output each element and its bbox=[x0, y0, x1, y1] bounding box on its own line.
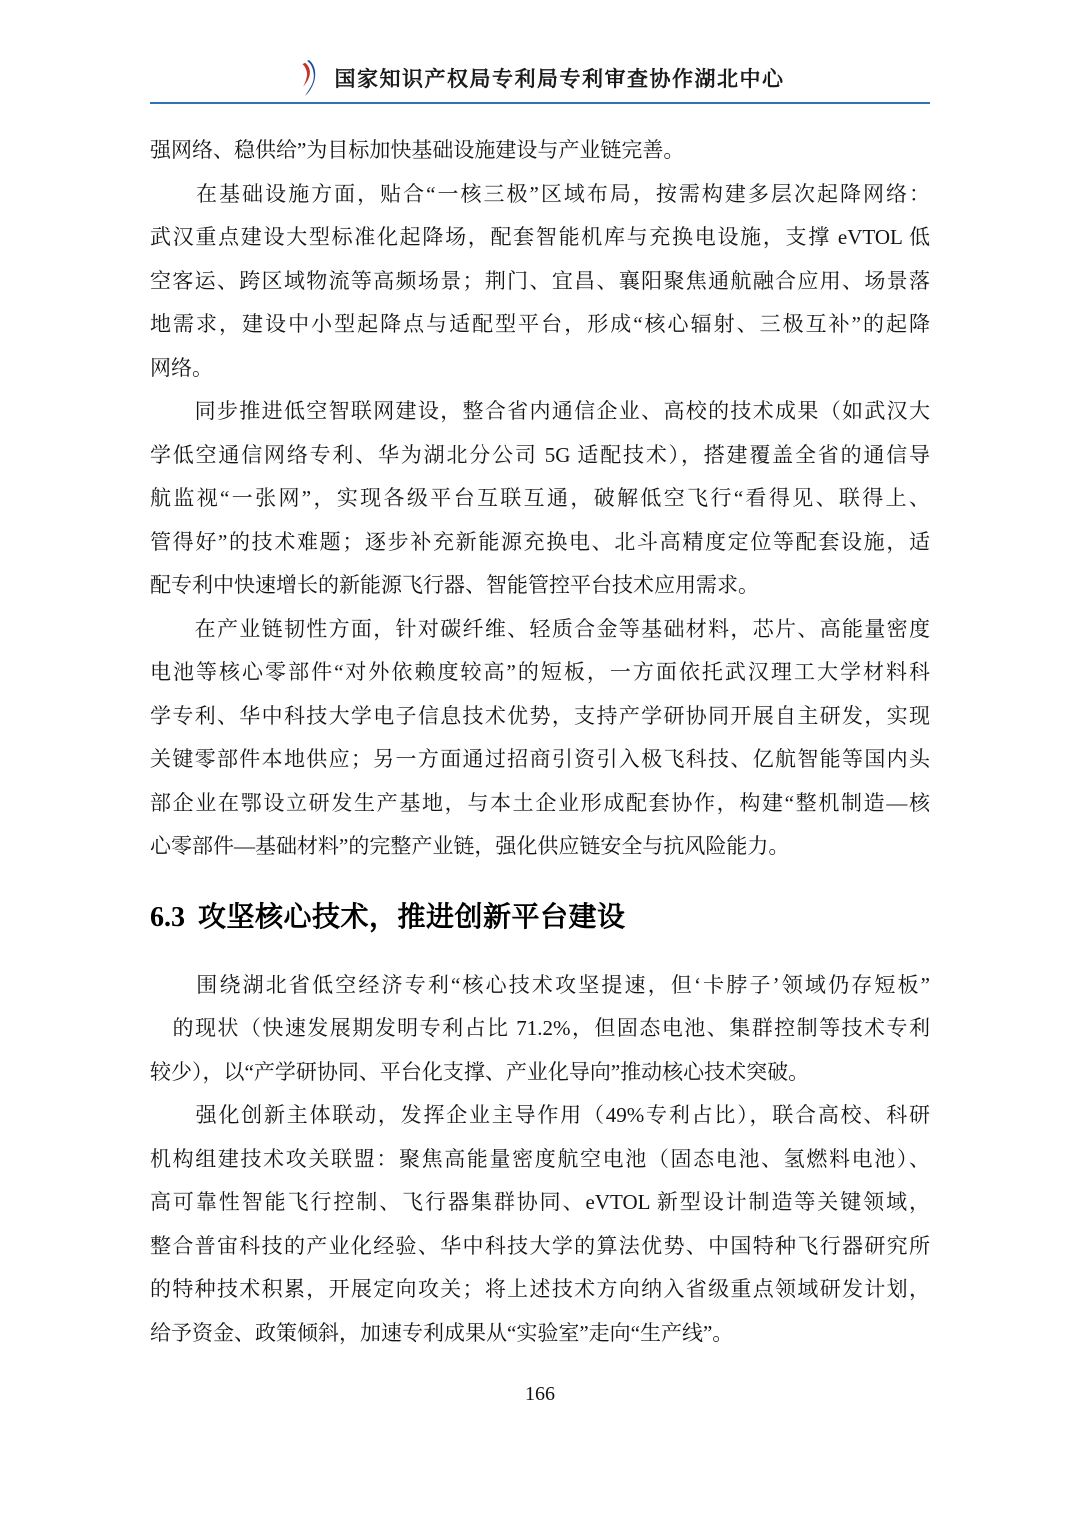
text-line: 强网络、稳供给”为目标加快基础设施建设与产业链完善。 bbox=[150, 129, 930, 173]
document-body: 强网络、稳供给”为目标加快基础设施建设与产业链完善。 在基础设施方面，贴合“一核… bbox=[150, 129, 930, 1355]
text-line: 网络。 bbox=[150, 347, 930, 391]
text-line: 管得好”的技术难题；逐步补充新能源充换电、北斗高精度定位等配套设施，适 bbox=[150, 521, 930, 565]
text-line: 的特种技术积累，开展定向攻关；将上述技术方向纳入省级重点领域研发计划， bbox=[150, 1268, 930, 1312]
header-org-name: 国家知识产权局专利局专利审查协作湖北中心 bbox=[335, 63, 785, 93]
text-line: 配专利中快速增长的新能源飞行器、智能管控平台技术应用需求。 bbox=[150, 564, 930, 608]
text-line: 同步推进低空智联网建设，整合省内通信企业、高校的技术成果（如武汉大 bbox=[150, 390, 930, 434]
document-page: 国家知识产权局专利局专利审查协作湖北中心 强网络、稳供给”为目标加快基础设施建设… bbox=[0, 0, 1074, 1520]
text-line: 在产业链韧性方面，针对碳纤维、轻质合金等基础材料，芯片、高能量密度 bbox=[150, 608, 930, 652]
text-line: 部企业在鄂设立研发生产基地，与本土企业形成配套协作，构建“整机制造—核 bbox=[150, 782, 930, 826]
page-header: 国家知识产权局专利局专利审查协作湖北中心 bbox=[150, 56, 930, 104]
text-line: 较少），以“产学研协同、平台化支撑、产业化导向”推动核心技术突破。 bbox=[150, 1051, 930, 1095]
org-logo-icon bbox=[296, 59, 320, 97]
text-line: 围绕湖北省低空经济专利“核心技术攻坚提速，但‘卡脖子’领域仍存短板” bbox=[150, 964, 930, 1008]
section-heading: 6.3攻坚核心技术，推进创新平台建设 bbox=[150, 897, 930, 938]
section-number: 6.3 bbox=[150, 898, 185, 938]
text-line: 强化创新主体联动，发挥企业主导作用（49%专利占比），联合高校、科研 bbox=[150, 1094, 930, 1138]
text-line: 在基础设施方面，贴合“一核三极”区域布局，按需构建多层次起降网络： bbox=[150, 173, 930, 217]
text-line: 武汉重点建设大型标准化起降场，配套智能机库与充换电设施，支撑 eVTOL 低 bbox=[150, 216, 930, 260]
text-line: 电池等核心零部件“对外依赖度较高”的短板，一方面依托武汉理工大学材料科 bbox=[150, 651, 930, 695]
page-footer: 166 bbox=[150, 1383, 930, 1406]
header-divider bbox=[150, 102, 930, 104]
page-number: 166 bbox=[525, 1383, 555, 1405]
text-line: 关键零部件本地供应；另一方面通过招商引资引入极飞科技、亿航智能等国内头 bbox=[150, 738, 930, 782]
text-line: 高可靠性智能飞行控制、飞行器集群协同、eVTOL 新型设计制造等关键领域， bbox=[150, 1181, 930, 1225]
text-line: 整合普宙科技的产业化经验、华中科技大学的算法优势、中国特种飞行器研究所 bbox=[150, 1225, 930, 1269]
text-line: 给予资金、政策倾斜，加速专利成果从“实验室”走向“生产线”。 bbox=[150, 1312, 930, 1356]
text-line: 学低空通信网络专利、华为湖北分公司 5G 适配技术），搭建覆盖全省的通信导 bbox=[150, 434, 930, 478]
text-line: 地需求，建设中小型起降点与适配型平台，形成“核心辐射、三极互补”的起降 bbox=[150, 303, 930, 347]
header-row: 国家知识产权局专利局专利审查协作湖北中心 bbox=[150, 56, 930, 100]
text-line: 航监视“一张网”，实现各级平台互联互通，破解低空飞行“看得见、联得上、 bbox=[150, 477, 930, 521]
text-line: 机构组建技术攻关联盟：聚焦高能量密度航空电池（固态电池、氢燃料电池）、 bbox=[150, 1138, 930, 1182]
text-line: 学专利、华中科技大学电子信息技术优势，支持产学研协同开展自主研发，实现 bbox=[150, 695, 930, 739]
text-line: 心零部件—基础材料”的完整产业链，强化供应链安全与抗风险能力。 bbox=[150, 825, 930, 869]
text-line: 空客运、跨区域物流等高频场景；荆门、宜昌、襄阳聚焦通航融合应用、场景落 bbox=[150, 260, 930, 304]
section-title: 攻坚核心技术，推进创新平台建设 bbox=[198, 897, 626, 937]
text-line: 的现状（快速发展期发明专利占比 71.2%，但固态电池、集群控制等技术专利 bbox=[150, 1007, 930, 1051]
